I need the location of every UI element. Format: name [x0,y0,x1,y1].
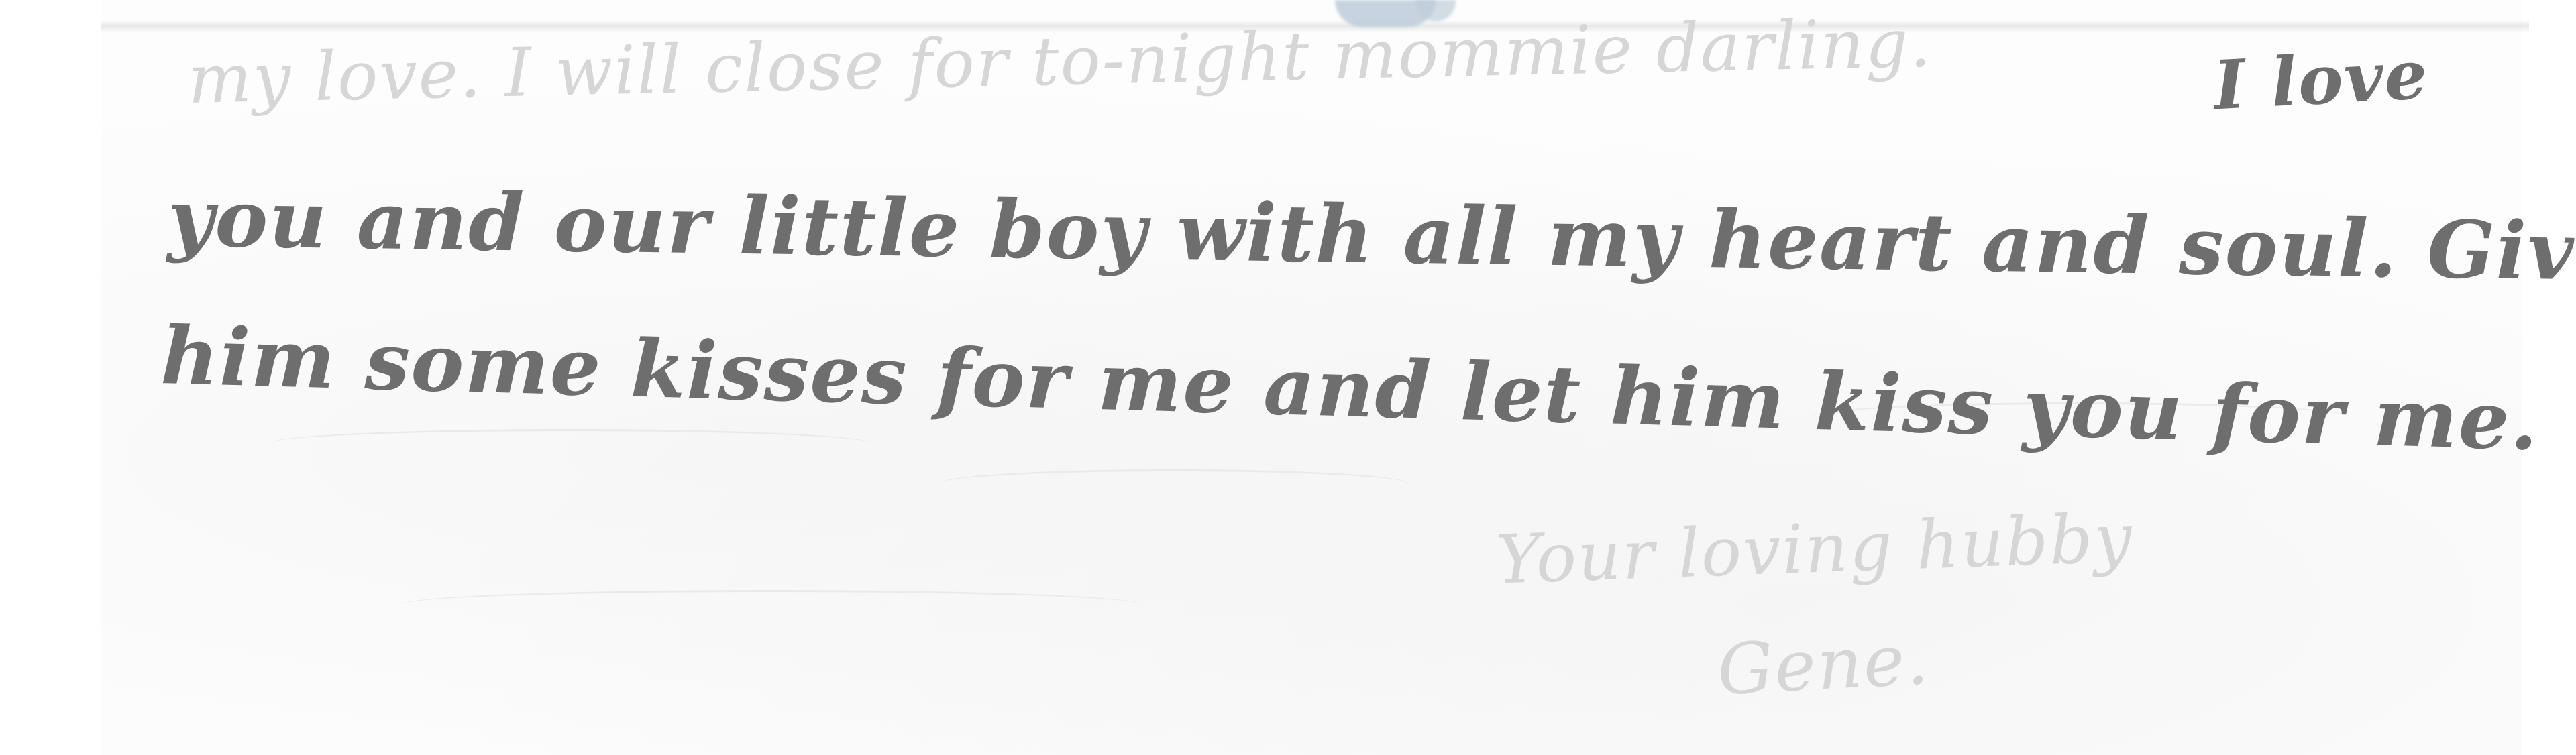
letter-closing: Your loving hubby [1495,498,2134,599]
paper-left-margin [0,0,101,755]
letter-signature: Gene. [1715,618,1931,711]
letter-line-i-love: I love [2212,35,2430,125]
letter-page: my love. I will close for to-night mommi… [0,0,2576,755]
bleed-through-mark [939,469,1409,498]
bleed-through-mark [402,590,1140,619]
bleed-through-mark [268,429,872,458]
letter-line: you and our little boy with all my heart… [167,171,2576,298]
